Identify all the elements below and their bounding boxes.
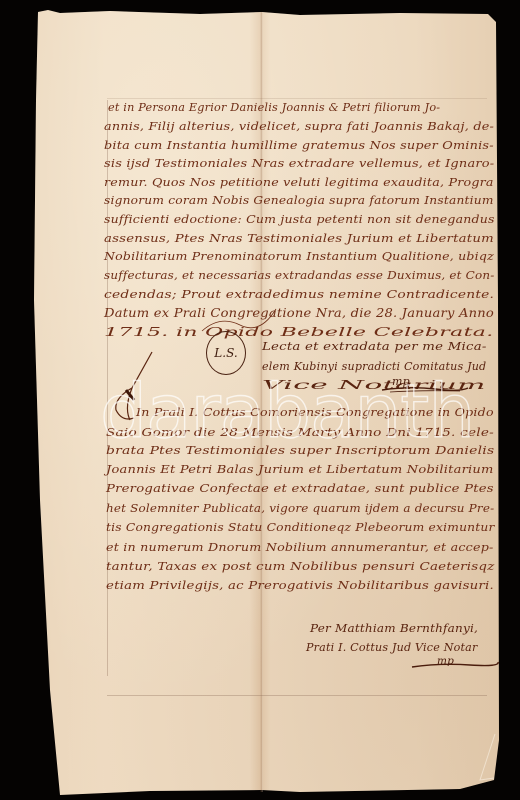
text-line: assensus, Ptes Nras Testimoniales Jurium… <box>104 231 494 245</box>
text-line: suffecturas, et necessarias extradandas … <box>104 268 495 282</box>
text-line: remur. Quos Nos petitione veluti legitim… <box>104 175 494 189</box>
margin-ruling-bottom <box>107 695 487 696</box>
text-line: cedendas; Prout extradedimus nemine Cont… <box>104 287 494 301</box>
text-line: tantur, Taxas ex post cum Nobilibus pens… <box>106 559 494 573</box>
text-line: annis, Filij alterius, videlicet, supra … <box>104 119 494 133</box>
signature-flourish-icon <box>410 660 500 670</box>
text-line: et in Persona Egrior Danielis Joannis & … <box>108 100 494 114</box>
text-line: Joannis Et Petri Balas Jurium et Liberta… <box>106 462 494 476</box>
signature-line: Prati I. Cottus Jud Vice Notar <box>306 640 477 654</box>
watermark: darabanth <box>100 372 440 452</box>
text-line: Datum ex Prali Congregatione Nra, die 28… <box>104 306 494 320</box>
seal-label: L.S. <box>214 346 237 360</box>
signature-line: Per Matthiam Bernthfanyi, <box>310 621 478 635</box>
text-line: Nobilitarium Prenominatorum Instantium Q… <box>104 249 494 263</box>
date-line: 1715. in Opido Bebelle Celebrata. <box>104 324 494 339</box>
text-line: bita cum Instantia humillime gratemus No… <box>104 138 494 152</box>
decorative-flourish-icon <box>200 305 280 335</box>
text-line: etiam Privilegijs, ac Prerogativis Nobil… <box>106 578 494 592</box>
text-line: het Solemniter Publicata, vigore quarum … <box>106 501 494 515</box>
attestation-line: Lecta et extradata per me Mica- <box>262 339 487 353</box>
margin-ruling-top <box>107 98 487 99</box>
text-line: sis ijsd Testimoniales Nras extradare ve… <box>104 156 494 170</box>
torn-corner-icon <box>470 730 500 790</box>
text-line: et in numerum Dnorum Nobilium annumerant… <box>106 540 494 554</box>
text-line: signorum coram Nobis Genealogia supra fa… <box>104 193 494 207</box>
text-line: Prerogativae Confectae et extradatae, su… <box>106 481 494 495</box>
text-line: tis Congregationis Statu Conditioneqz Pl… <box>106 520 495 534</box>
text-line: sufficienti edoctione: Cum justa petenti… <box>104 212 495 226</box>
